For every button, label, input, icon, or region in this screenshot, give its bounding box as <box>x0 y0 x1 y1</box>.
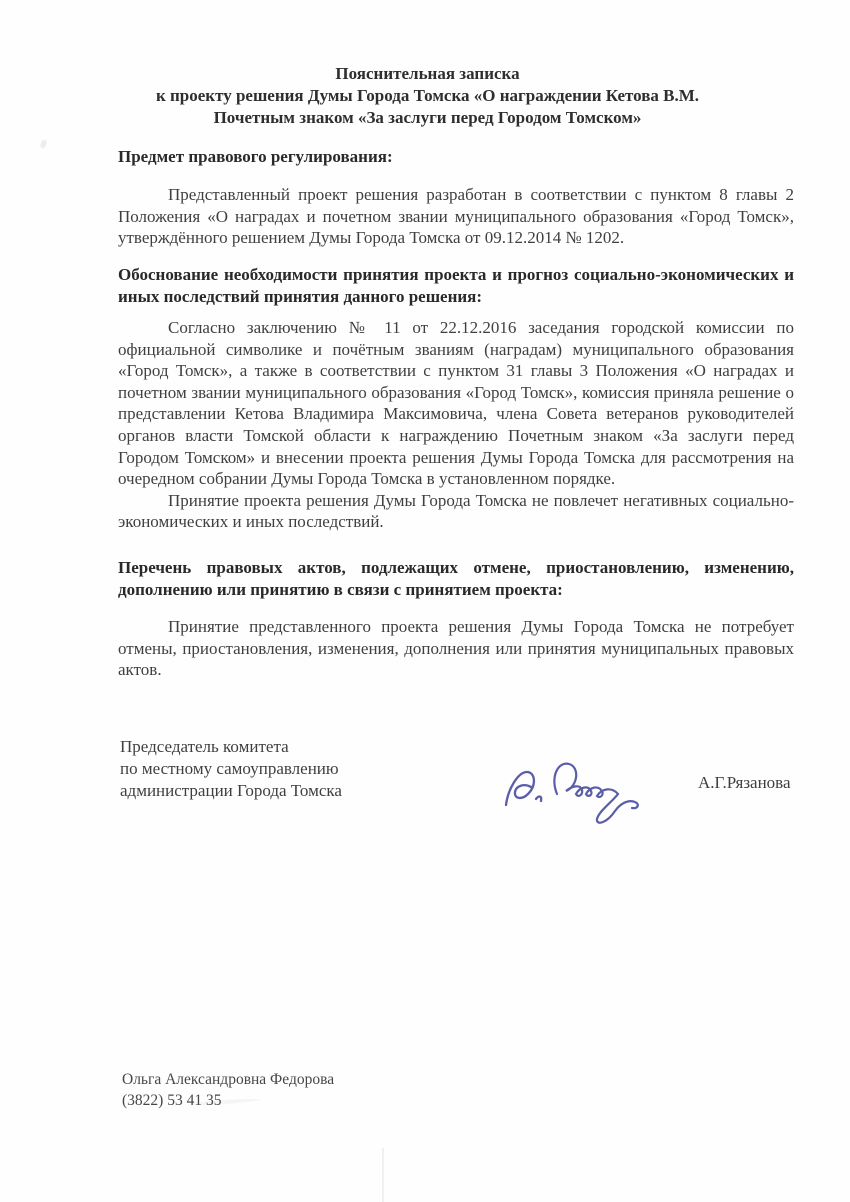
paragraph-group-justification: Согласно заключению № 11 от 22.12.2016 з… <box>118 317 794 533</box>
handwritten-signature-icon <box>494 747 656 833</box>
signoff-role-line-2: по местному самоуправлению <box>120 758 342 780</box>
section-heading-justification: Обоснование необходимости принятия проек… <box>118 264 794 308</box>
signoff-role-block: Председатель комитета по местному самоуп… <box>120 736 342 801</box>
scan-fold-line-artifact <box>382 1148 384 1202</box>
title-line-1: Пояснительная записка <box>60 63 795 85</box>
signoff-role-line-3: администрации Города Томска <box>120 780 342 802</box>
paragraph-subject: Представленный проект решения разработан… <box>118 184 794 249</box>
contact-person: Ольга Александровна Федорова <box>122 1069 334 1090</box>
signature-stroke-right <box>554 764 637 823</box>
title-line-2: к проекту решения Думы Города Томска «О … <box>60 85 795 107</box>
scan-speck-artifact <box>40 139 47 148</box>
contact-block: Ольга Александровна Федорова (3822) 53 4… <box>122 1069 334 1111</box>
document-page: Пояснительная записка к проекту решения … <box>0 0 850 1202</box>
signature-stroke-left <box>506 772 541 805</box>
signoff-role-line-1: Председатель комитета <box>120 736 342 758</box>
title-line-3: Почетным знаком «За заслуги перед Городо… <box>60 107 795 129</box>
document-title: Пояснительная записка к проекту решения … <box>60 63 795 128</box>
section-heading-subject: Предмет правового регулирования: <box>118 146 794 168</box>
paragraph-justification-2: Принятие проекта решения Думы Города Том… <box>118 490 794 533</box>
signer-name: А.Г.Рязанова <box>698 773 791 793</box>
paragraph-justification-1: Согласно заключению № 11 от 22.12.2016 з… <box>118 317 794 490</box>
paragraph-acts-list: Принятие представленного проекта решения… <box>118 616 794 681</box>
section-heading-acts-list: Перечень правовых актов, подлежащих отме… <box>118 557 794 601</box>
